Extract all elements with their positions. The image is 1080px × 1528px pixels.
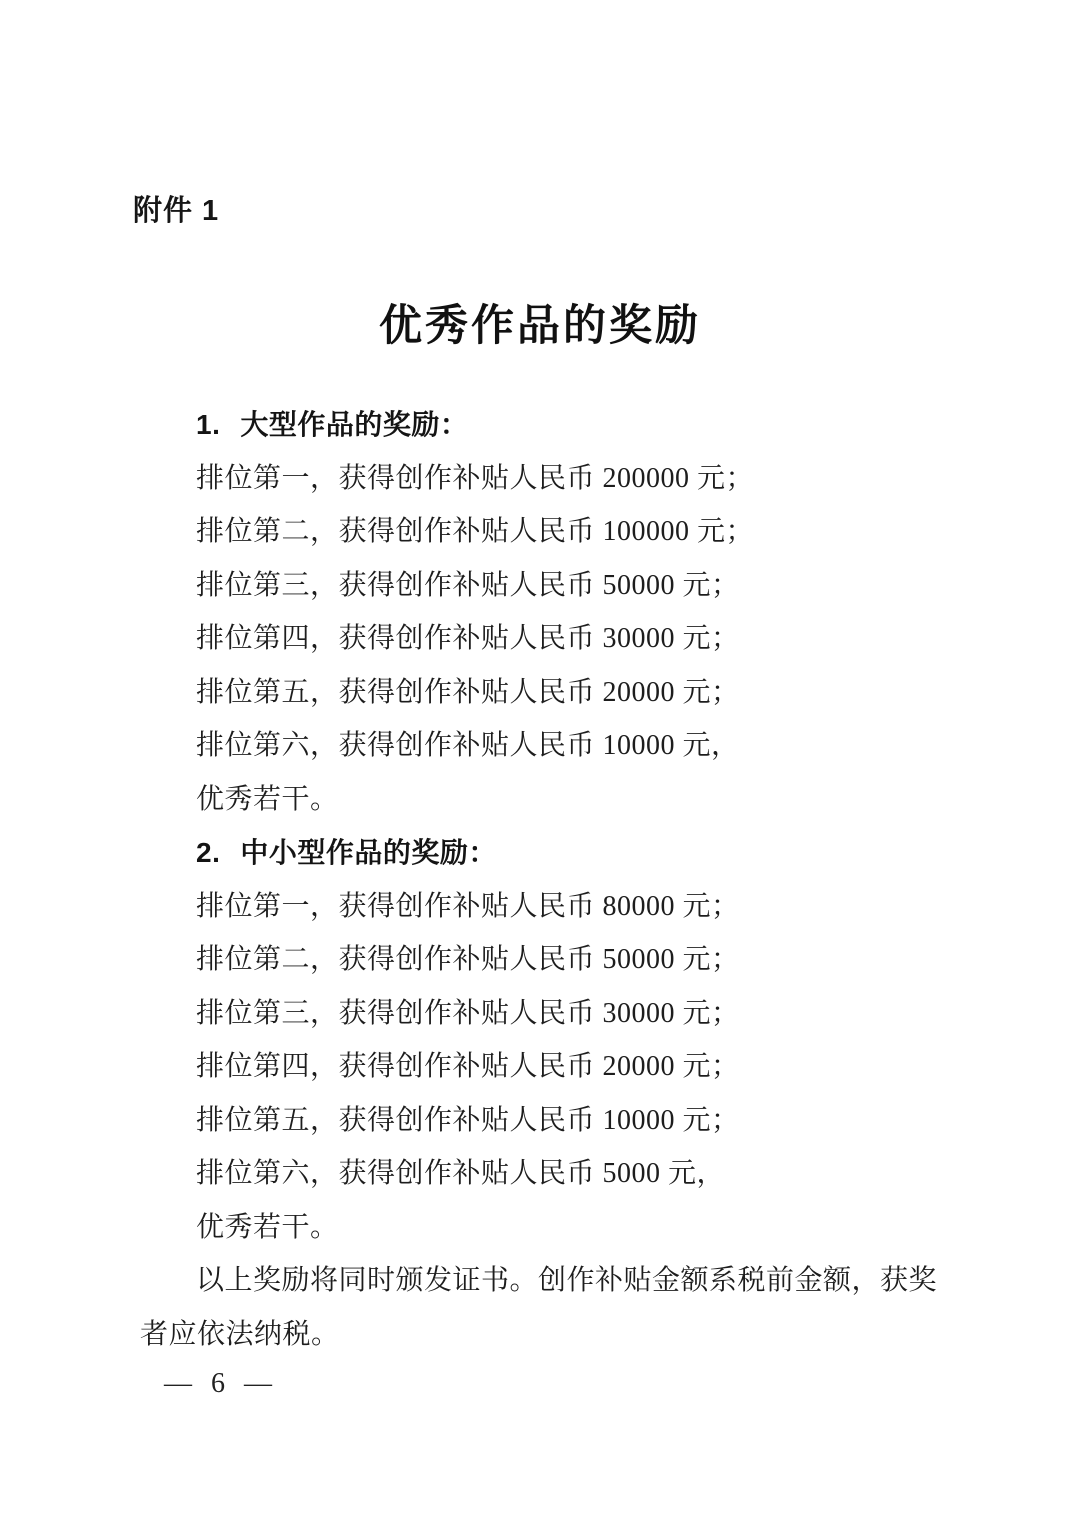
- section-2-line-1: 排位第一，获得创作补贴人民币 80000 元；: [140, 880, 942, 934]
- closing-paragraph: 以上奖励将同时颁发证书。创作补贴金额系税前金额，获奖者应依法纳税。: [140, 1254, 942, 1361]
- document-page: 附件 1 优秀作品的奖励 1.大型作品的奖励： 排位第一，获得创作补贴人民币 2…: [0, 0, 1080, 1528]
- section-2-title: 中小型作品的奖励：: [240, 837, 497, 868]
- section-2-line-7: 优秀若干。: [140, 1201, 942, 1255]
- section-1-line-2: 排位第二，获得创作补贴人民币 100000 元；: [140, 505, 942, 559]
- page-number: — 6 —: [164, 1368, 278, 1400]
- section-1-line-7: 优秀若干。: [140, 773, 942, 827]
- document-title: 优秀作品的奖励: [0, 292, 1080, 353]
- section-2-number: 2.: [196, 837, 220, 868]
- section-2-line-2: 排位第二，获得创作补贴人民币 50000 元；: [140, 933, 942, 987]
- document-body: 1.大型作品的奖励： 排位第一，获得创作补贴人民币 200000 元； 排位第二…: [140, 398, 942, 1361]
- section-1-line-4: 排位第四，获得创作补贴人民币 30000 元；: [140, 612, 942, 666]
- section-1-line-1: 排位第一，获得创作补贴人民币 200000 元；: [140, 452, 942, 506]
- section-1-number: 1.: [196, 409, 220, 440]
- section-1-title: 大型作品的奖励：: [240, 409, 468, 440]
- section-2-line-6: 排位第六，获得创作补贴人民币 5000 元，: [140, 1147, 942, 1201]
- attachment-label: 附件 1: [133, 188, 219, 229]
- section-2-heading: 2.中小型作品的奖励：: [140, 826, 942, 880]
- section-2-line-4: 排位第四，获得创作补贴人民币 20000 元；: [140, 1040, 942, 1094]
- section-2-line-5: 排位第五，获得创作补贴人民币 10000 元；: [140, 1094, 942, 1148]
- section-1-line-6: 排位第六，获得创作补贴人民币 10000 元，: [140, 719, 942, 773]
- section-1-line-3: 排位第三，获得创作补贴人民币 50000 元；: [140, 559, 942, 613]
- section-1-line-5: 排位第五，获得创作补贴人民币 20000 元；: [140, 666, 942, 720]
- section-2-line-3: 排位第三，获得创作补贴人民币 30000 元；: [140, 987, 942, 1041]
- section-1-heading: 1.大型作品的奖励：: [140, 398, 942, 452]
